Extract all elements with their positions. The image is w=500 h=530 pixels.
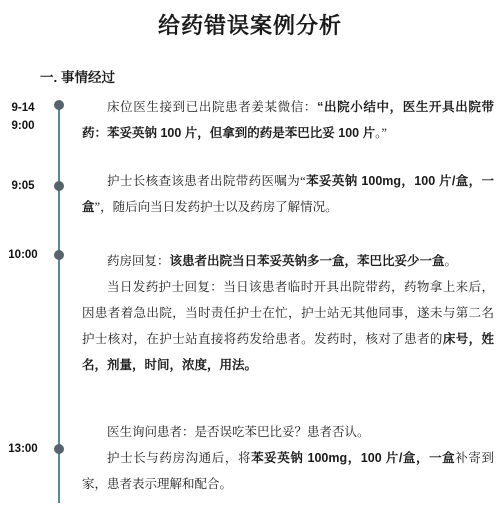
event-paragraph: 床位医生接到已出院患者姜某微信：“出院小结中，医生开具出院带药：苯妥英钠 100… xyxy=(82,94,494,146)
event-text-1000: 药房回复：该患者出院当日苯妥英钠多一盒，苯巴比妥少一盒。 当日发药护士回复：当日… xyxy=(82,248,494,378)
timeline-time-0905: 9:05 xyxy=(0,177,46,195)
document-page: 给药错误案例分析 一. 事情经过 9-14 9:00 9:05 10:00 13… xyxy=(0,0,500,530)
timeline-time-label: 9:05 xyxy=(0,177,46,195)
timeline-dot xyxy=(54,100,64,110)
timeline-date: 9-14 xyxy=(0,99,46,117)
timeline-dot xyxy=(54,444,64,454)
event-paragraph: 药房回复：该患者出院当日苯妥英钠多一盒，苯巴比妥少一盒。 xyxy=(82,248,494,274)
event-paragraph: 医生询问患者：是否误吃苯巴比妥？患者否认。 xyxy=(82,419,494,445)
event-text-0900: 床位医生接到已出院患者姜某微信：“出院小结中，医生开具出院带药：苯妥英钠 100… xyxy=(82,94,494,146)
timeline-dot xyxy=(54,250,64,260)
timeline-dot xyxy=(54,181,64,191)
timeline-time-1000: 10:00 xyxy=(0,246,46,264)
event-paragraph: 当日发药护士回复：当日该患者临时开具出院带药，药物拿上来后，因患者着急出院，当时… xyxy=(82,274,494,378)
timeline-time-1300: 13:00 xyxy=(0,440,46,458)
event-paragraph: 护士长与药房沟通后，将苯妥英钠 100mg，100 片/盒，一盒补寄到家，患者表… xyxy=(82,445,494,497)
timeline-time-label: 13:00 xyxy=(0,440,46,458)
timeline-time-0914-0900: 9-14 9:00 xyxy=(0,99,46,135)
page-title: 给药错误案例分析 xyxy=(0,9,500,40)
event-paragraph: 护士长核查该患者出院带药医嘱为“苯妥英钠 100mg，100 片/盒，一盒”，随… xyxy=(82,168,494,220)
timeline-time-label: 10:00 xyxy=(0,246,46,264)
timeline-time-label: 9:00 xyxy=(0,117,46,135)
event-text-0905: 护士长核查该患者出院带药医嘱为“苯妥英钠 100mg，100 片/盒，一盒”，随… xyxy=(82,168,494,220)
section-heading: 一. 事情经过 xyxy=(40,66,115,86)
event-text-1300: 医生询问患者：是否误吃苯巴比妥？患者否认。 护士长与药房沟通后，将苯妥英钠 10… xyxy=(82,419,494,497)
